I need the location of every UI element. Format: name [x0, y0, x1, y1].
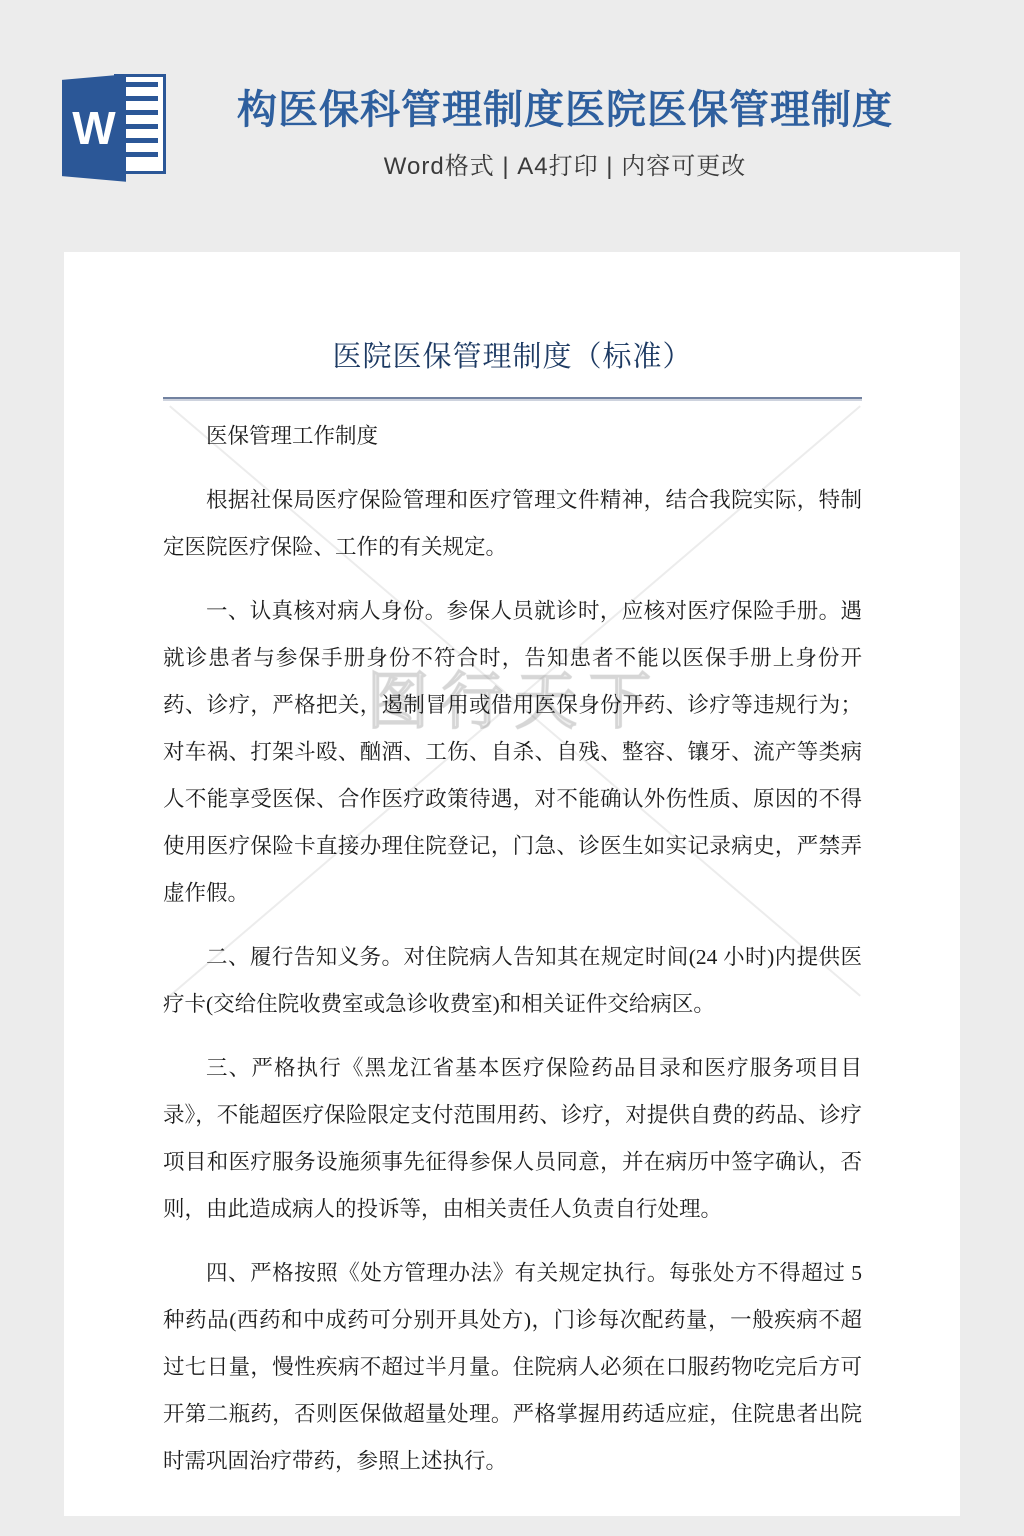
- header-text: 构医保科管理制度医院医保管理制度 Word格式 | A4打印 | 内容可更改: [166, 72, 964, 181]
- document-paragraph: 二、履行告知义务。对住院病人告知其在规定时间(24 小时)内提供医疗卡(交给住院…: [163, 934, 862, 1028]
- word-icon-letter: W: [62, 72, 126, 184]
- page-subtitle: Word格式 | A4打印 | 内容可更改: [166, 146, 964, 181]
- document-paragraph: 三、严格执行《黑龙江省基本医疗保险药品目录和医疗服务项目目录》，不能超医疗保险限…: [163, 1045, 862, 1233]
- header: W 构医保科管理制度医院医保管理制度 Word格式 | A4打印 | 内容可更改: [0, 0, 1024, 184]
- document-paragraph: 根据社保局医疗保险管理和医疗管理文件精神，结合我院实际，特制定医院医疗保险、工作…: [163, 477, 862, 571]
- word-icon: W: [62, 72, 166, 184]
- page-title: 构医保科管理制度医院医保管理制度: [166, 88, 964, 132]
- word-icon-page-lines: [123, 82, 158, 166]
- document-title: 医院医保管理制度（标准）: [163, 334, 862, 375]
- title-divider: [163, 397, 862, 399]
- document-paragraph: 一、认真核对病人身份。参保人员就诊时，应核对医疗保险手册。遇就诊患者与参保手册身…: [163, 588, 862, 917]
- document-page: 图行天下 医院医保管理制度（标准） 医保管理工作制度 根据社保局医疗保险管理和医…: [64, 252, 960, 1516]
- document-content: 医院医保管理制度（标准） 医保管理工作制度 根据社保局医疗保险管理和医疗管理文件…: [64, 252, 960, 1485]
- document-paragraph: 四、严格按照《处方管理办法》有关规定执行。每张处方不得超过 5种药品(西药和中成…: [163, 1250, 862, 1485]
- document-paragraph: 医保管理工作制度: [163, 413, 862, 460]
- document-body: 医保管理工作制度 根据社保局医疗保险管理和医疗管理文件精神，结合我院实际，特制定…: [163, 413, 862, 1485]
